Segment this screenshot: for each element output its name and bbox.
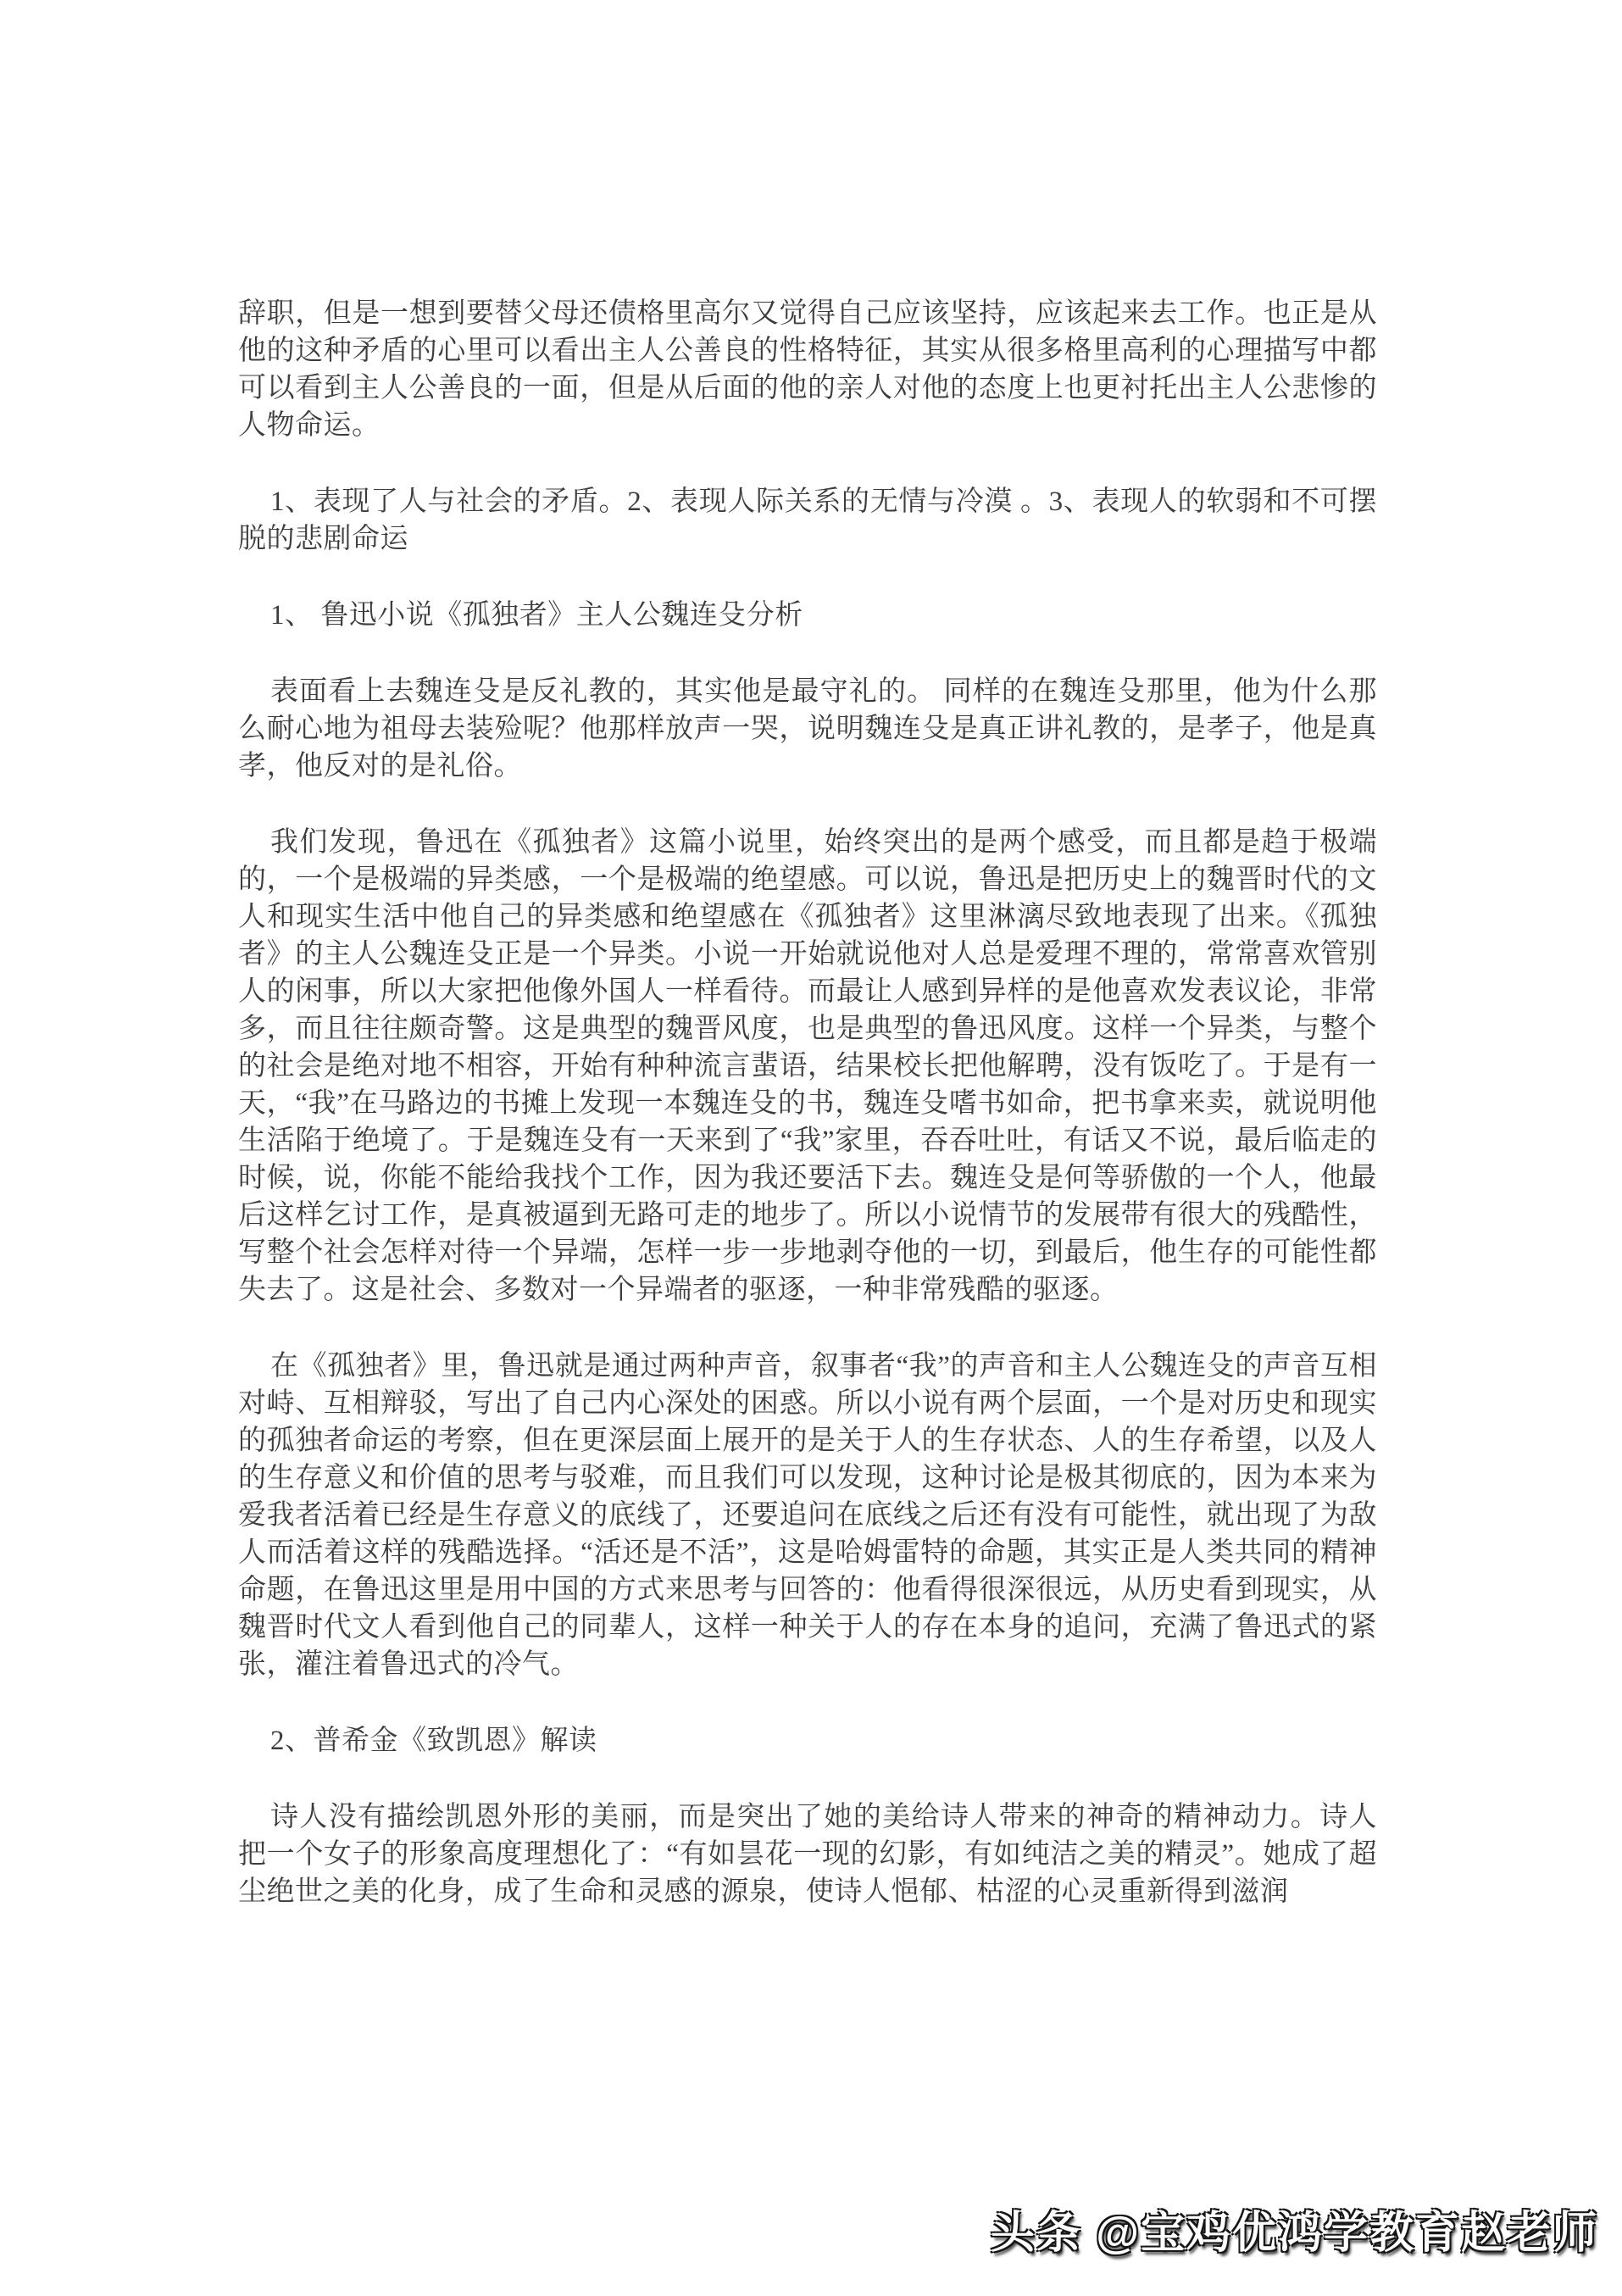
document-page: 辞职，但是一想到要替父母还债格里高尔又觉得自己应该坚持，应该起来去工作。也正是从… <box>238 295 1377 1949</box>
paragraph-two-feelings: 我们发现，鲁迅在《孤独者》这篇小说里，始终突出的是两个感受，而且都是趋于极端的，… <box>238 824 1377 1309</box>
paragraph-gregor-analysis: 辞职，但是一想到要替父母还债格里高尔又觉得自己应该坚持，应该起来去工作。也正是从… <box>238 295 1377 444</box>
paragraph-three-points: 1、表现了人与社会的矛盾。2、表现人际关系的无情与冷漠 。3、表现人的软弱和不可… <box>238 483 1377 558</box>
toutiao-watermark: 头条 @宝鸡优鸿学教育赵老师 <box>991 2197 1598 2260</box>
heading-pushkin-interpretation: 2、普希金《致凯恩》解读 <box>238 1722 1377 1760</box>
heading-luxun-analysis: 1、 鲁迅小说《孤独者》主人公魏连殳分析 <box>238 597 1377 634</box>
paragraph-wei-lianshu-rites: 表面看上去魏连殳是反礼教的，其实他是最守礼的。 同样的在魏连殳那里，他为什么那么… <box>238 673 1377 785</box>
paragraph-two-voices: 在《孤独者》里，鲁迅就是通过两种声音，叙事者“我”的声音和主人公魏连殳的声音互相… <box>238 1348 1377 1683</box>
paragraph-kern-poem: 诗人没有描绘凯恩外形的美丽，而是突出了她的美给诗人带来的神奇的精神动力。诗人把一… <box>238 1798 1377 1910</box>
